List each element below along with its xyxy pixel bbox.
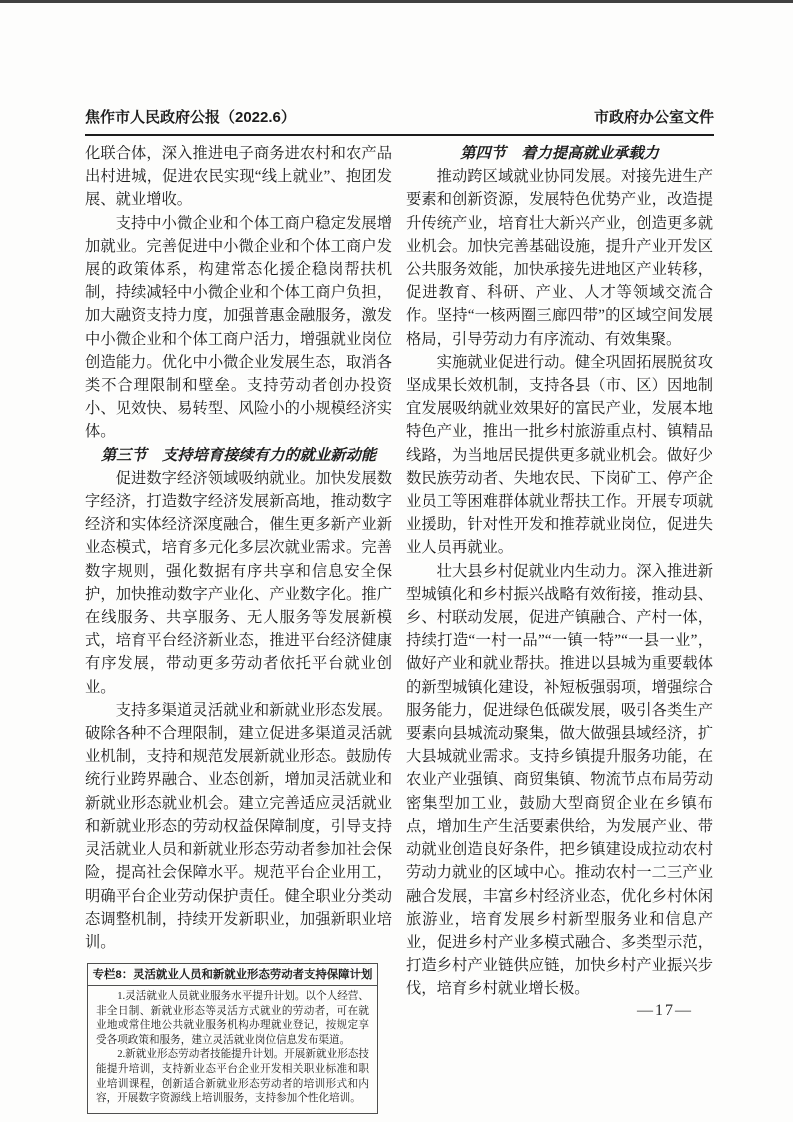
gazette-page: 焦作市人民政府公报（2022.6） 市政府办公室文件 化联合体，深入推进电子商务… — [0, 0, 793, 1122]
paragraph: 支持多渠道灵活就业和新就业形态发展。破除各种不合理限制，建立促进多渠道灵活就业机… — [85, 699, 392, 954]
page-number: —17— — [605, 1002, 725, 1020]
box-body: 1.灵活就业人员就业服务水平提升计划。以个人经营、非全日制、新就业形态等灵活方式… — [88, 986, 377, 1113]
section-heading-3: 第三节 支持培育接续有力的就业新动能 — [85, 444, 392, 467]
paragraph: 实施就业促进行动。健全巩固拓展脱贫攻坚成果长效机制，支持各县（市、区）因地制宜发… — [406, 351, 713, 560]
paragraph: 壮大县乡村促就业内生动力。深入推进新型城镇化和乡村振兴战略有效衔接，推动县、乡、… — [406, 560, 713, 1001]
paragraph: 推动跨区域就业协同发展。对接先进生产要素和创新资源，发展特色优势产业，改造提升传… — [406, 165, 713, 351]
paragraph: 支持中小微企业和个体工商户稳定发展增加就业。完善促进中小微企业和个体工商户发展的… — [85, 212, 392, 444]
box-title: 专栏8：灵活就业人员和新就业形态劳动者支持保障计划 — [88, 964, 377, 986]
box-item-1: 1.灵活就业人员就业服务水平提升计划。以个人经营、非全日制、新就业形态等灵活方式… — [96, 990, 369, 1048]
header-section-label: 市政府办公室文件 — [594, 106, 714, 127]
paragraph-continued: 化联合体，深入推进电子商务进农村和农产品出村进城，促进农民实现“线上就业”、抱团… — [85, 142, 392, 212]
box-item-2: 2.新就业形态劳动者技能提升计划。开展新就业形态技能提升培训，支持新业态平台企业… — [96, 1048, 369, 1106]
paragraph: 促进数字经济领域吸纳就业。加快发展数字经济，打造数字经济发展新高地，推动数字经济… — [85, 467, 392, 699]
column-8-plan-box: 专栏8：灵活就业人员和新就业形态劳动者支持保障计划 1.灵活就业人员就业服务水平… — [87, 963, 378, 1114]
left-column: 化联合体，深入推进电子商务进农村和农产品出村进城，促进农民实现“线上就业”、抱团… — [85, 142, 392, 1114]
header-publication-title: 焦作市人民政府公报（2022.6） — [85, 106, 296, 127]
right-column: 第四节 着力提高就业承载力 推动跨区域就业协同发展。对接先进生产要素和创新资源，… — [406, 142, 713, 1001]
page-header: 焦作市人民政府公报（2022.6） 市政府办公室文件 — [85, 106, 714, 136]
scan-edge-artifact — [0, 0, 793, 3]
section-heading-4: 第四节 着力提高就业承载力 — [406, 142, 713, 165]
